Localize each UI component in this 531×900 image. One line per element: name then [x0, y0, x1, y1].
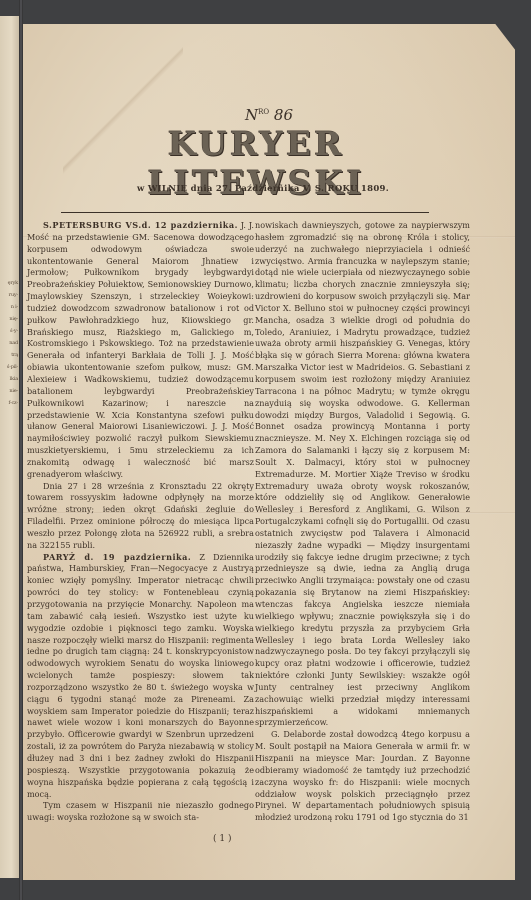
article-body: J. J. Mość na przedstawienie GM. Sacenow…: [27, 220, 254, 479]
issue-number: NRO 86: [23, 106, 515, 124]
prev-page-fragment: ś-y-: [10, 328, 18, 334]
article-kronstadt: Dnia 27 i 28 września z Kronsztadu 22 ok…: [27, 481, 254, 552]
article-delaborde: G. Delaborde został dowodzcą 4tego korpu…: [255, 729, 470, 824]
prev-page-fragment: trą: [11, 352, 18, 358]
article-spain-continued: nowiskach dawnieyszych, gotowe za naypie…: [255, 220, 470, 729]
masthead-rule: [61, 212, 429, 213]
left-column: S.PETERSBURG VS.d. 12 pazdziernika. J. J…: [27, 220, 254, 824]
prev-page-fragment: n i-: [11, 304, 18, 310]
article-spain: Tym czasem w Hiszpanii nie niezaszło god…: [27, 800, 254, 824]
prev-page-fragment: nię-: [9, 316, 18, 322]
previous-page-edge: ęryk ruy- n i- nię- ś-y- nad trą ś-pil- …: [0, 16, 19, 878]
article-body: Z Dziennika państwa, Hamburskiey, Fran—N…: [27, 552, 254, 799]
newspaper-page: NRO 86 KURYER LITEWSKI w WILNIE dnia 27.…: [23, 24, 515, 880]
right-column: nowiskach dawnieyszych, gotowe za naypie…: [255, 220, 470, 824]
prev-page-fragment: nie-: [9, 388, 18, 394]
prev-page-fragment: ś-pil-: [7, 364, 18, 370]
book-spine: [19, 0, 23, 900]
prev-page-fragment: ruy-: [9, 292, 18, 298]
issue-prefix: N: [245, 106, 258, 124]
prev-page-fragment: ęryk: [8, 280, 18, 286]
page-number: ( 1 ): [213, 834, 231, 844]
prev-page-fragment: nad: [9, 340, 18, 346]
article-st-petersburg: S.PETERSBURG VS.d. 12 pazdziernika. J. J…: [27, 220, 254, 481]
article-heading: PARYŻ d. 19 pazdziernika.: [43, 552, 191, 562]
prev-page-fragment: lkia: [10, 376, 18, 382]
prev-page-fragment: f-cz-: [9, 400, 19, 406]
dateline: w WILNIE dnia 27. Paździerñika V. S. ROK…: [83, 184, 443, 194]
article-heading: S.PETERSBURG VS.d. 12 pazdziernika.: [43, 220, 238, 230]
issue-sup: RO: [258, 108, 269, 116]
issue-value: 86: [274, 106, 293, 124]
article-paris: PARYŻ d. 19 pazdziernika. Z Dziennika pa…: [27, 552, 254, 801]
